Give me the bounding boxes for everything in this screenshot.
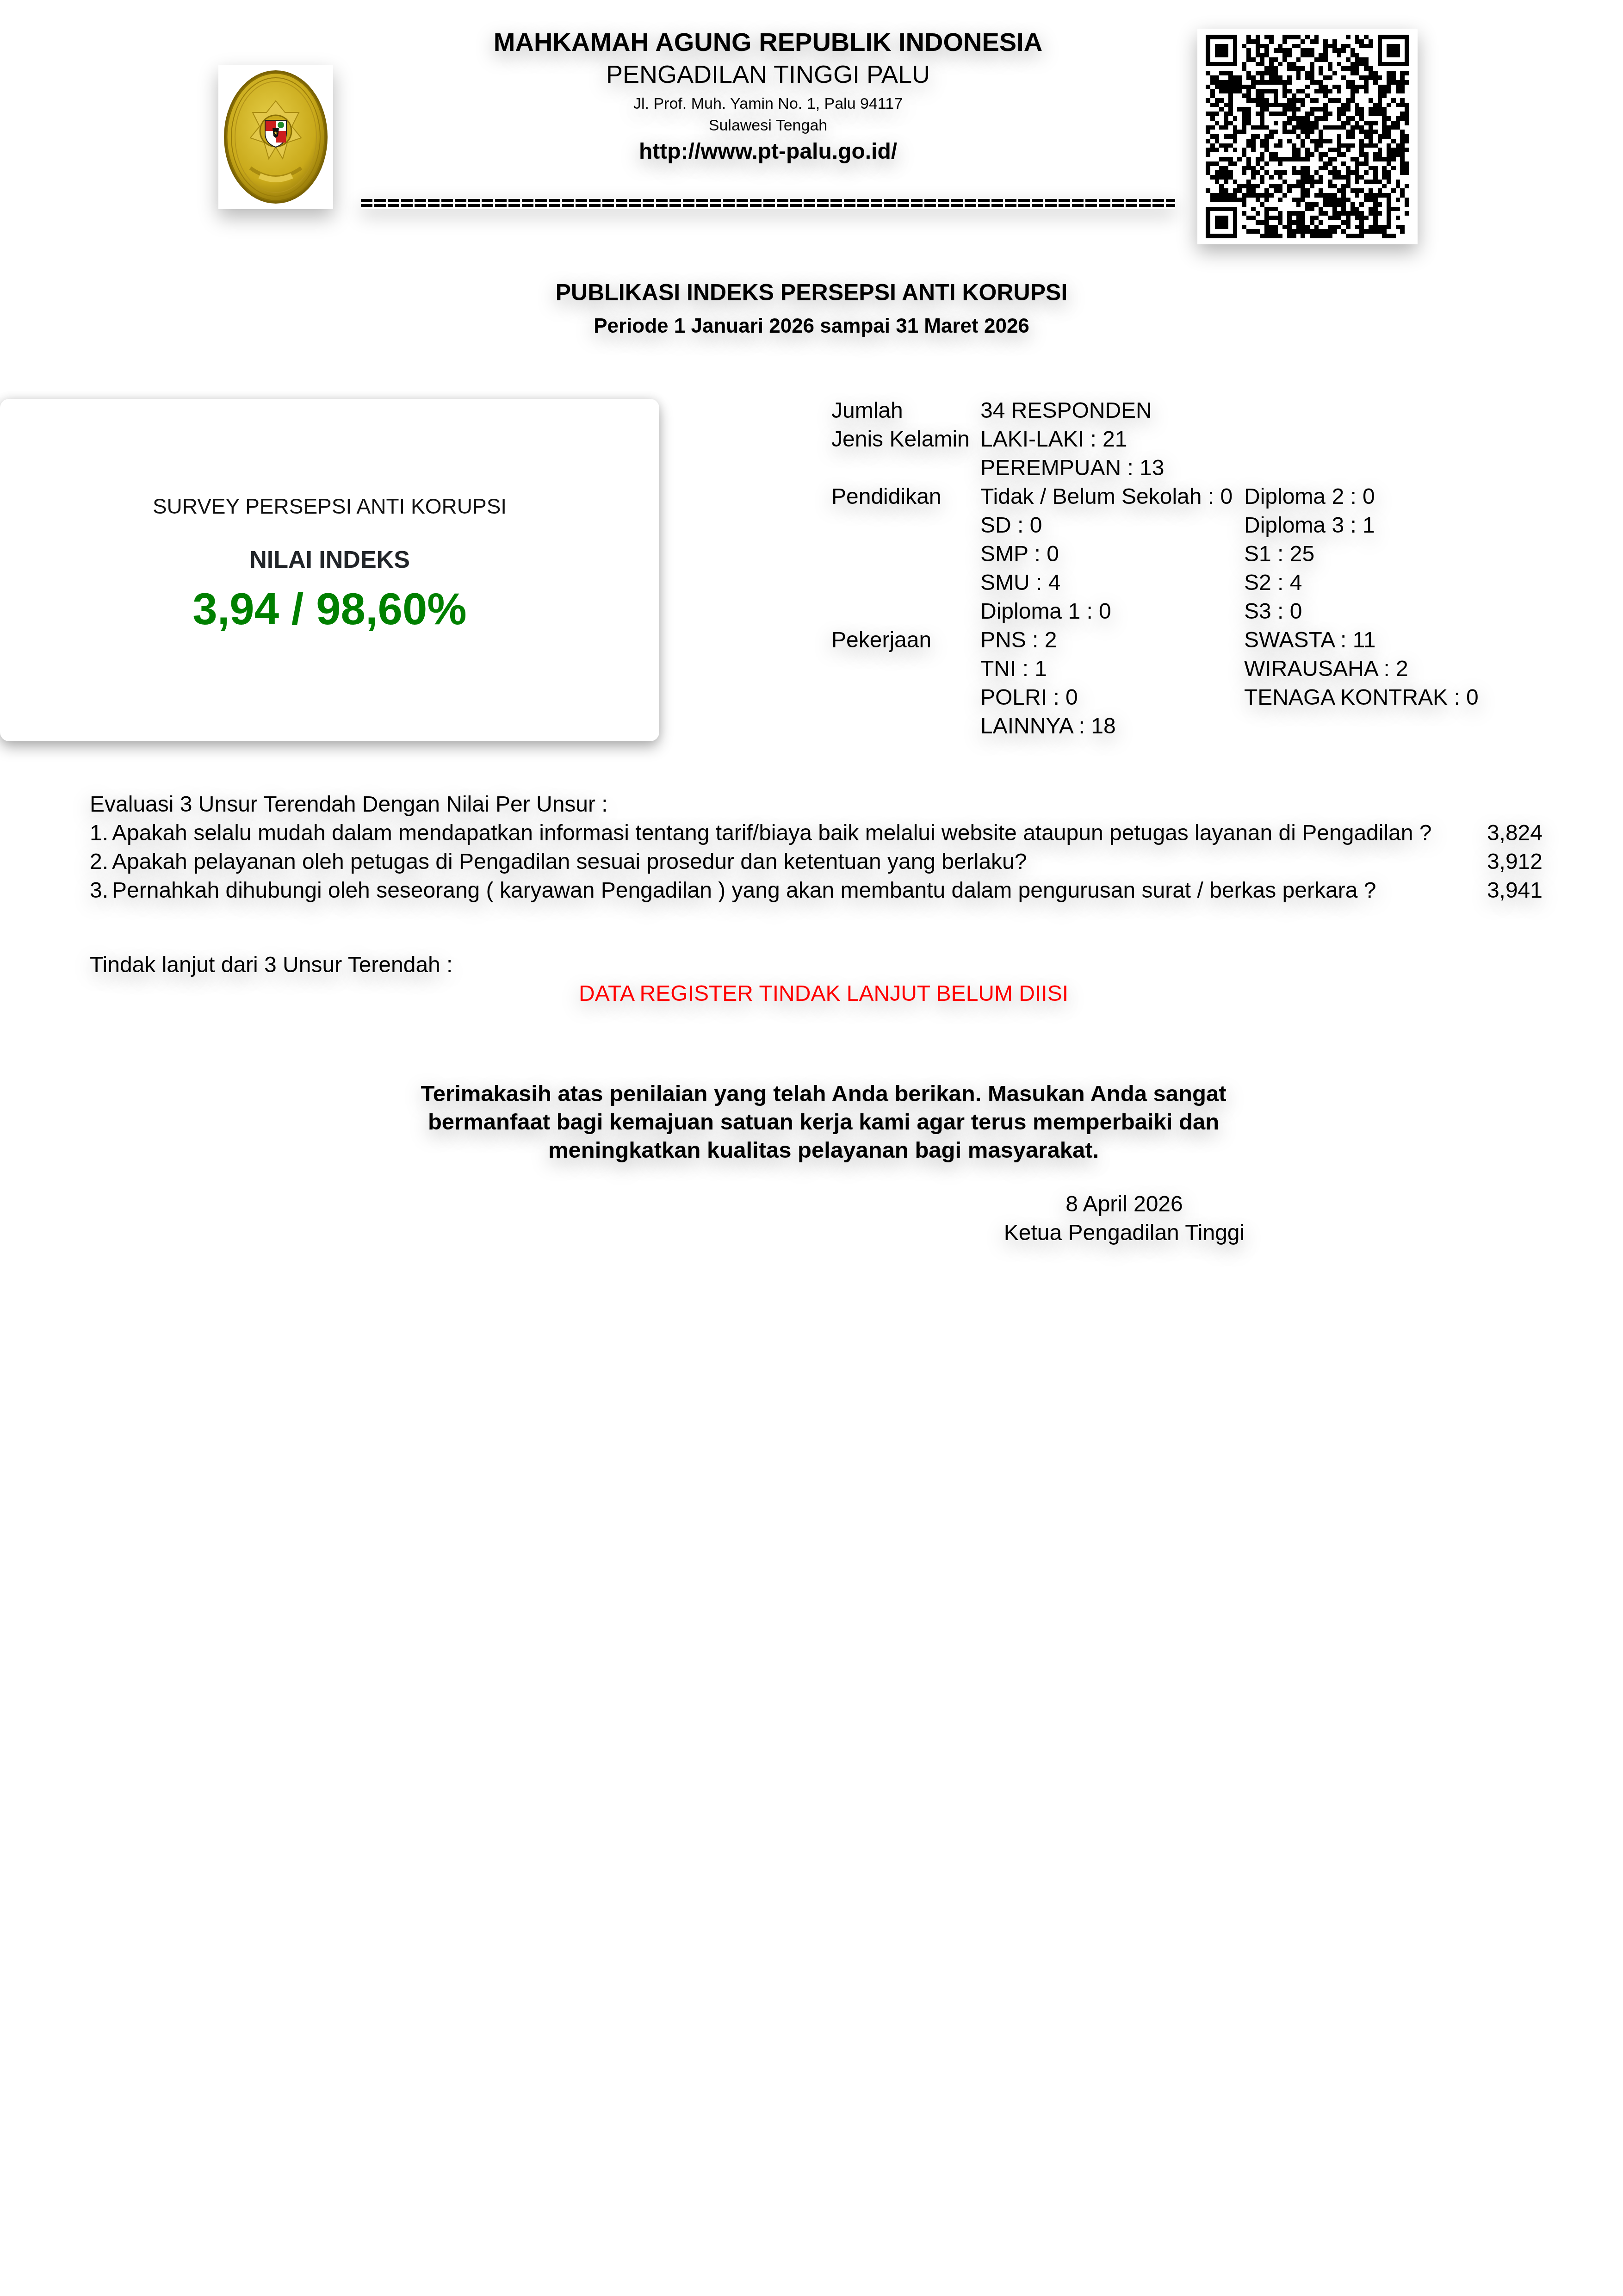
evaluation-number: 2. [90, 848, 112, 876]
demographic-row: PekerjaanPNS : 2SWASTA : 11 [831, 626, 1479, 655]
demographic-category [831, 655, 980, 683]
demographic-value: SMU : 4 [980, 569, 1244, 597]
demographic-value: S2 : 4 [1244, 569, 1302, 597]
thank-you-line: Terimakasih atas penilaian yang telah An… [352, 1080, 1295, 1108]
thank-you-line: meningkatkan kualitas pelayanan bagi mas… [352, 1136, 1295, 1165]
thank-you-line: bermanfaat bagi kemajuan satuan kerja ka… [352, 1108, 1295, 1136]
demographic-row: POLRI : 0TENAGA KONTRAK : 0 [831, 683, 1479, 712]
demographic-value: PEREMPUAN : 13 [980, 454, 1244, 483]
mahkamah-agung-emblem-icon: ★ [223, 68, 329, 205]
demographic-category [831, 540, 980, 569]
demographic-row: SMP : 0S1 : 25 [831, 540, 1479, 569]
signatory-title: Ketua Pengadilan Tinggi [999, 1220, 1249, 1246]
organization-name: MAHKAMAH AGUNG REPUBLIK INDONESIA [361, 27, 1175, 57]
letterhead-separator [361, 199, 1175, 209]
demographic-value: TNI : 1 [980, 655, 1244, 683]
followup-label: Tindak lanjut dari 3 Unsur Terendah : [90, 952, 452, 978]
demographic-category: Jenis Kelamin [831, 425, 980, 454]
svg-text:★: ★ [274, 131, 278, 136]
court-logo: ★ [218, 65, 333, 209]
evaluation-question: Apakah selalu mudah dalam mendapatkan in… [112, 819, 1482, 848]
evaluation-question: Pernahkah dihubungi oleh seseorang ( kar… [112, 876, 1482, 905]
demographic-value: SWASTA : 11 [1244, 626, 1376, 655]
demographic-row: Jumlah34 RESPONDEN [831, 397, 1479, 425]
court-website-link[interactable]: http://www.pt-palu.go.id/ [361, 139, 1175, 164]
demographic-row: LAINNYA : 18 [831, 712, 1479, 741]
demographic-row: SD : 0Diploma 3 : 1 [831, 511, 1479, 540]
demographic-row: SMU : 4S2 : 4 [831, 569, 1479, 597]
survey-name: SURVEY PERSEPSI ANTI KORUPSI [0, 494, 659, 519]
page-title: PUBLIKASI INDEKS PERSEPSI ANTI KORUPSI [0, 279, 1623, 306]
evaluation-item: 1.Apakah selalu mudah dalam mendapatkan … [90, 819, 1542, 848]
qr-code [1197, 29, 1418, 244]
demographic-value: S1 : 25 [1244, 540, 1314, 569]
demographic-value: LAINNYA : 18 [980, 712, 1244, 741]
court-province: Sulawesi Tengah [361, 117, 1175, 135]
demographic-category [831, 511, 980, 540]
demographic-value: TENAGA KONTRAK : 0 [1244, 683, 1479, 712]
demographic-category: Jumlah [831, 397, 980, 425]
demographic-row: PEREMPUAN : 13 [831, 454, 1479, 483]
demographic-category: Pendidikan [831, 483, 980, 511]
demographic-value: Tidak / Belum Sekolah : 0 [980, 483, 1244, 511]
demographic-value: PNS : 2 [980, 626, 1244, 655]
evaluation-number: 3. [90, 876, 112, 905]
qr-code-icon [1206, 35, 1409, 238]
court-address: Jl. Prof. Muh. Yamin No. 1, Palu 94117 [361, 95, 1175, 113]
signature-date: 8 April 2026 [999, 1191, 1249, 1217]
demographic-value: SMP : 0 [980, 540, 1244, 569]
demographic-value: SD : 0 [980, 511, 1244, 540]
court-name: PENGADILAN TINGGI PALU [361, 60, 1175, 89]
thank-you-message: Terimakasih atas penilaian yang telah An… [352, 1080, 1295, 1165]
demographic-category [831, 454, 980, 483]
evaluation-heading: Evaluasi 3 Unsur Terendah Dengan Nilai P… [90, 790, 1542, 819]
demographic-value: POLRI : 0 [980, 683, 1244, 712]
demographic-value: WIRAUSAHA : 2 [1244, 655, 1408, 683]
respondent-demographics: Jumlah34 RESPONDENJenis KelaminLAKI-LAKI… [831, 397, 1479, 741]
demographic-value: LAKI-LAKI : 21 [980, 425, 1244, 454]
demographic-row: Jenis KelaminLAKI-LAKI : 21 [831, 425, 1479, 454]
evaluation-section: Evaluasi 3 Unsur Terendah Dengan Nilai P… [90, 790, 1542, 905]
demographic-category [831, 712, 980, 741]
demographic-value: 34 RESPONDEN [980, 397, 1244, 425]
demographic-category: Pekerjaan [831, 626, 980, 655]
demographic-row: TNI : 1WIRAUSAHA : 2 [831, 655, 1479, 683]
demographic-value: Diploma 1 : 0 [980, 597, 1244, 626]
demographic-row: Diploma 1 : 0S3 : 0 [831, 597, 1479, 626]
evaluation-score: 3,941 [1482, 876, 1542, 905]
demographic-value: S3 : 0 [1244, 597, 1302, 626]
evaluation-score: 3,912 [1482, 848, 1542, 876]
followup-status: DATA REGISTER TINDAK LANJUT BELUM DIISI [0, 981, 1623, 1006]
evaluation-question: Apakah pelayanan oleh petugas di Pengadi… [112, 848, 1482, 876]
demographic-value: Diploma 3 : 1 [1244, 511, 1375, 540]
evaluation-number: 1. [90, 819, 112, 848]
evaluation-item: 3.Pernahkah dihubungi oleh seseorang ( k… [90, 876, 1542, 905]
demographic-category [831, 597, 980, 626]
demographic-value: Diploma 2 : 0 [1244, 483, 1375, 511]
evaluation-item: 2.Apakah pelayanan oleh petugas di Penga… [90, 848, 1542, 876]
index-label: NILAI INDEKS [0, 546, 659, 574]
demographic-row: PendidikanTidak / Belum Sekolah : 0Diplo… [831, 483, 1479, 511]
report-period: Periode 1 Januari 2026 sampai 31 Maret 2… [0, 315, 1623, 338]
index-value: 3,94 / 98,60% [0, 584, 659, 635]
demographic-category [831, 683, 980, 712]
demographic-category [831, 569, 980, 597]
evaluation-score: 3,824 [1482, 819, 1542, 848]
index-card: SURVEY PERSEPSI ANTI KORUPSI NILAI INDEK… [0, 399, 659, 741]
